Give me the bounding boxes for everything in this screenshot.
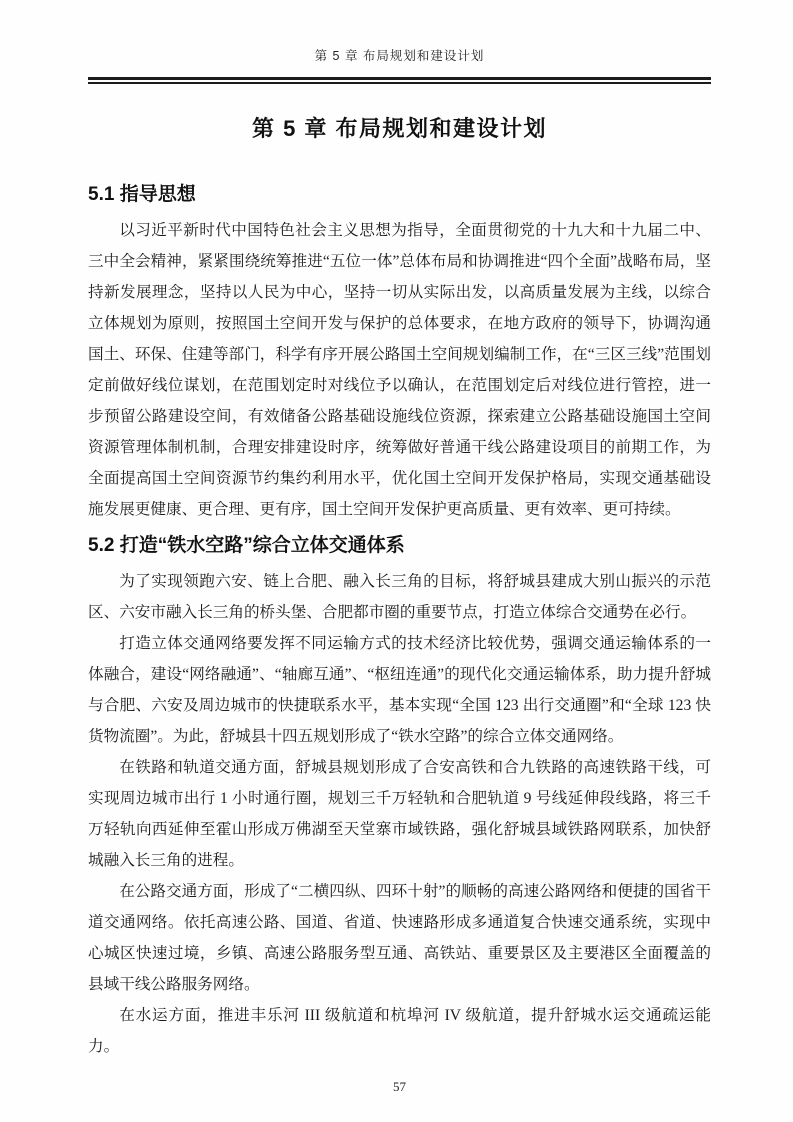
header-rule (88, 77, 711, 84)
running-header-text: 第 5 章 布局规划和建设计划 (88, 48, 711, 64)
document-page: 第 5 章 布局规划和建设计划 第 5 章 布局规划和建设计划 5.1 指导思想… (0, 0, 793, 1122)
section-5-2-paragraph-1: 为了实现领跑六安、链上合肥、融入长三角的目标，将舒城县建成大别山振兴的示范区、六… (88, 566, 711, 628)
section-5-2-paragraph-4: 在公路交通方面，形成了“二横四纵、四环十射”的顺畅的高速公路网络和便捷的国省干道… (88, 876, 711, 1000)
section-5-2-paragraph-3: 在铁路和轨道交通方面，舒城县规划形成了合安高铁和合九铁路的高速铁路干线，可实现周… (88, 752, 711, 876)
page-number: 57 (88, 1078, 711, 1096)
section-5-2-heading: 5.2 打造“铁水空路”综合立体交通体系 (88, 533, 711, 559)
section-5-2-paragraph-5: 在水运方面，推进丰乐河 III 级航道和杭埠河 IV 级航道，提升舒城水运交通疏… (88, 1000, 711, 1062)
running-header: 第 5 章 布局规划和建设计划 (88, 48, 711, 84)
section-5-2-paragraph-2: 打造立体交通网络要发挥不同运输方式的技术经济比较优势，强调交通运输体系的一体融合… (88, 628, 711, 752)
section-5-1-paragraph: 以习近平新时代中国特色社会主义思想为指导，全面贯彻党的十九大和十九届二中、三中全… (88, 215, 711, 525)
chapter-title: 第 5 章 布局规划和建设计划 (88, 114, 711, 144)
section-5-1-heading: 5.1 指导思想 (88, 182, 711, 208)
